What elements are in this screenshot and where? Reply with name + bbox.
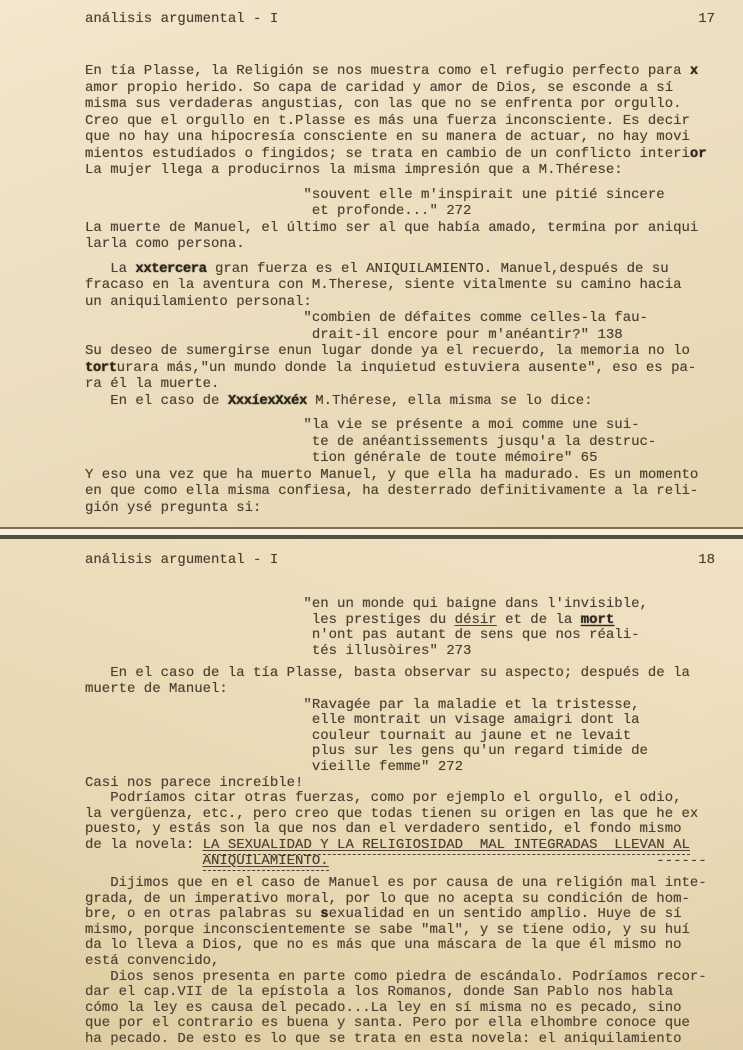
text-line: mientos estudiados o fingidos; se trata …	[85, 146, 733, 163]
text-run: En el caso de la tía Plasse, basta obser…	[85, 665, 690, 681]
text-run: Creo que el orgullo en t.Plasse es más u…	[85, 113, 690, 129]
text-line: "en un monde qui baigne dans l'invisible…	[85, 597, 733, 613]
text-line: misma sus verdaderas angustias, con las …	[85, 96, 733, 113]
text-line: amor propio herido. So capa de caridad y…	[85, 80, 733, 97]
text-run: un aniquilamiento personal:	[85, 294, 312, 310]
text-line: de la novela: LA SEXUALIDAD Y LA RELIGIO…	[85, 838, 733, 854]
text-run: mientos estudiados o fingidos; se trata …	[85, 146, 690, 162]
text-run: dar el cap.VII de la epístola a los Roma…	[85, 984, 673, 1000]
text-line: "souvent elle m'inspirait une pitié sinc…	[85, 187, 733, 204]
text-run: "en un monde qui baigne dans l'invisible…	[85, 596, 648, 612]
page-17: análisis argumental - I 17 En tía Plasse…	[0, 0, 743, 527]
text-run: en que como ella misma confiesa, ha dest…	[85, 483, 698, 499]
text-run: misma sus verdaderas angustias, con las …	[85, 96, 682, 112]
text-line: puesto, y estás son la que nos dan el ve…	[85, 822, 733, 838]
text-run: amor propio herido. So capa de caridad y…	[85, 80, 673, 96]
text-run: que no hay una hipocresía consciente en …	[85, 129, 690, 145]
text-run: couleur tournait au jaune et ne levait	[85, 728, 631, 744]
text-line: fracaso en la aventura con M.Therese, si…	[85, 277, 733, 294]
text-run: cómo la ley es causa del pecado...La ley…	[85, 1000, 682, 1016]
text-run: "combien de défaites comme celles-la fau…	[85, 310, 648, 326]
text-line: dar el cap.VII de la epístola a los Roma…	[85, 985, 733, 1001]
text-line: Dijimos que en el caso de Manuel es por …	[85, 876, 733, 892]
text-run: fracaso en la aventura con M.Therese, si…	[85, 277, 682, 293]
text-line: Dios senos presenta en parte como piedra…	[85, 970, 733, 986]
text-run: ha pecado. De esto es lo que se trata en…	[85, 1031, 682, 1047]
text-run: xxtercera	[135, 261, 206, 277]
text-run: que por el contrario es buena y santa. P…	[85, 1015, 690, 1031]
text-run: et de la	[497, 612, 581, 628]
text-line: vieille femme" 272	[85, 760, 733, 776]
text-run: larla como persona.	[85, 236, 245, 252]
text-line: En el caso de la tía Plasse, basta obser…	[85, 666, 733, 682]
text-line: elle montrait un visage amaigri dont la	[85, 713, 733, 729]
text-line: ra él la muerte.	[85, 376, 733, 393]
text-run: M.Thérese, ella misma se lo dice:	[307, 393, 593, 409]
text-run: urara más,"un mundo donde la inquietud e…	[117, 360, 697, 376]
text-run: muerte de Manuel:	[85, 681, 228, 697]
text-line: tion générale de toute mémoire" 65	[85, 450, 733, 467]
text-run: "la vie se présente a moi comme une sui-	[85, 417, 640, 433]
text-line: Casi nos parece increíble!	[85, 776, 733, 792]
page-number: 17	[698, 11, 715, 28]
text-run: désir	[455, 612, 497, 628]
text-run: plus sur les gens qu'un regard timide de	[85, 743, 648, 759]
text-line: Podríamos citar otras fuerzas, como por …	[85, 791, 733, 807]
text-line: grada, de un imperativo moral, por lo qu…	[85, 892, 733, 908]
text-run: está convencido,	[85, 953, 219, 969]
text-run: tion générale de toute mémoire" 65	[85, 450, 597, 466]
text-run: La muerte de Manuel, el último ser al qu…	[85, 220, 698, 236]
text-run: Podríamos citar otras fuerzas, como por …	[85, 790, 682, 806]
text-line: Creo que el orgullo en t.Plasse es más u…	[85, 113, 733, 130]
text-line: drait-il encore pour m'anéantir?" 138	[85, 327, 733, 344]
running-title: análisis argumental - I	[85, 552, 278, 569]
text-run: s	[320, 906, 328, 922]
text-line: Su deseo de sumergirse enun lugar donde …	[85, 343, 733, 360]
text-run: Su deseo de sumergirse enun lugar donde …	[85, 343, 690, 359]
text-run	[85, 853, 203, 869]
text-line: La xxtercera gran fuerza es el ANIQUILAM…	[85, 261, 733, 278]
text-line: "combien de défaites comme celles-la fau…	[85, 310, 733, 327]
text-line: bre, o en otras palabras su sexualidad e…	[85, 907, 733, 923]
text-run: drait-il encore pour m'anéantir?" 138	[85, 327, 623, 343]
text-run: mismo, porque inconscientemente se sabe …	[85, 922, 690, 938]
text-line: ha pecado. De esto es lo que se trata en…	[85, 1032, 733, 1048]
text-run: vieille femme" 272	[85, 759, 463, 775]
text-line: da lo lleva a Dios, que no es más que un…	[85, 938, 733, 954]
page-header: análisis argumental - I 17	[0, 0, 743, 28]
text-run: puesto, y estás son la que nos dan el ve…	[85, 821, 682, 837]
scanned-document: análisis argumental - I 17 En tía Plasse…	[0, 0, 743, 1050]
text-run: les prestiges du	[85, 612, 455, 628]
text-run: elle montrait un visage amaigri dont la	[85, 712, 640, 728]
text-line: plus sur les gens qu'un regard timide de	[85, 744, 733, 760]
page-body: En tía Plasse, la Religión se nos muestr…	[0, 63, 743, 516]
text-run: "souvent elle m'inspirait une pitié sinc…	[85, 187, 665, 203]
text-line: que no hay una hipocresía consciente en …	[85, 129, 733, 146]
text-run: or	[690, 146, 707, 162]
text-run: ra él la muerte.	[85, 376, 219, 392]
text-run: ANIQUILAMIENTO.	[203, 853, 329, 871]
text-line: Y eso una vez que ha muerto Manuel, y qu…	[85, 467, 733, 484]
text-line: La mujer llega a producirnos la misma im…	[85, 162, 733, 179]
text-line: La muerte de Manuel, el último ser al qu…	[85, 220, 733, 237]
text-line: tés illusòires" 273	[85, 644, 733, 660]
page-header: análisis argumental - I 18	[0, 539, 743, 569]
text-line: et profonde..." 272	[85, 203, 733, 220]
page-body: "en un monde qui baigne dans l'invisible…	[0, 597, 743, 1048]
text-run: bre, o en otras palabras su	[85, 906, 320, 922]
text-run: de la novela:	[85, 837, 203, 853]
text-run: tés illusòires" 273	[85, 643, 471, 659]
text-line: couleur tournait au jaune et ne levait	[85, 729, 733, 745]
text-run: Dios senos presenta en parte como piedra…	[85, 969, 707, 985]
page-18: análisis argumental - I 18 "en un monde …	[0, 539, 743, 1050]
text-run: En el caso de	[85, 393, 228, 409]
text-line: torturara más,"un mundo donde la inquiet…	[85, 360, 733, 377]
text-run: Casi nos parece increíble!	[85, 775, 303, 791]
text-run: tort	[85, 360, 117, 376]
text-run: te de anéantissements jusqu'a la destruc…	[85, 434, 656, 450]
text-run: Y eso una vez que ha muerto Manuel, y qu…	[85, 467, 698, 483]
text-line: la vergüenza, etc., pero creo que todas …	[85, 807, 733, 823]
text-run: La	[85, 261, 135, 277]
text-run: La mujer llega a producirnos la misma im…	[85, 162, 623, 178]
text-line: En tía Plasse, la Religión se nos muestr…	[85, 63, 733, 80]
text-run: En tía Plasse, la Religión se nos muestr…	[85, 63, 690, 79]
running-title: análisis argumental - I	[85, 11, 278, 28]
text-run: x	[690, 63, 698, 79]
text-run: grada, de un imperativo moral, por lo qu…	[85, 891, 690, 907]
text-run: XxxíexXxéx	[228, 393, 307, 409]
text-line: n'ont pas autant de sens que nos réali-	[85, 628, 733, 644]
text-run: mort	[581, 612, 615, 628]
page-number: 18	[698, 552, 715, 569]
text-line: muerte de Manuel:	[85, 682, 733, 698]
text-run: gran fuerza es el ANIQUILAMIENTO. Manuel…	[207, 261, 669, 277]
text-line: que por el contrario es buena y santa. P…	[85, 1016, 733, 1032]
text-line: larla como persona.	[85, 236, 733, 253]
text-run: la vergüenza, etc., pero creo que todas …	[85, 806, 698, 822]
text-run: n'ont pas autant de sens que nos réali-	[85, 627, 640, 643]
text-run: Dijimos que en el caso de Manuel es por …	[85, 875, 707, 891]
text-line: En el caso de XxxíexXxéx M.Thérese, ella…	[85, 393, 733, 410]
text-run: da lo lleva a Dios, que no es más que un…	[85, 937, 682, 953]
text-line: está convencido,	[85, 954, 733, 970]
text-line: gión ysé pregunta si:	[85, 500, 733, 517]
text-line: ANIQUILAMIENTO. ------	[85, 854, 733, 870]
page-separator	[0, 527, 743, 539]
text-run: "Ravagée par la maladie et la tristesse,	[85, 697, 640, 713]
text-line: les prestiges du désir et de la mort	[85, 613, 733, 629]
text-line: te de anéantissements jusqu'a la destruc…	[85, 434, 733, 451]
text-line: "la vie se présente a moi comme une sui-	[85, 417, 733, 434]
text-line: en que como ella misma confiesa, ha dest…	[85, 483, 733, 500]
text-run: exualidad en un sentido amplio. Huye de …	[329, 906, 682, 922]
text-run: et profonde..." 272	[85, 203, 471, 219]
text-line: un aniquilamiento personal:	[85, 294, 733, 311]
text-line: "Ravagée par la maladie et la tristesse,	[85, 698, 733, 714]
text-run: gión ysé pregunta si:	[85, 500, 261, 516]
text-run: ------	[329, 853, 707, 869]
